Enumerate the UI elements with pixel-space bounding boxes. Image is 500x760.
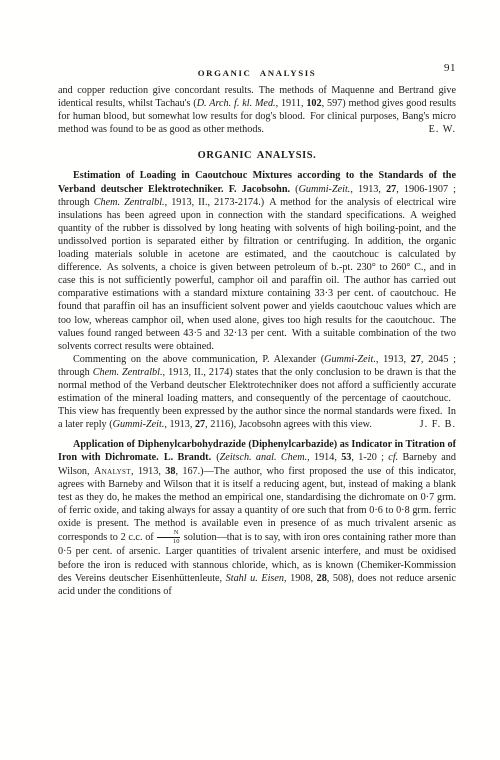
text-run: , 1913, II., 2173-2174.) A method for th…	[58, 197, 456, 352]
text-run: , 1913,	[164, 419, 195, 430]
article-2-paragraph-1: Application of Diphenylcarbohydrazide (D…	[58, 438, 456, 597]
running-head: ORGANIC ANALYSIS	[198, 68, 317, 78]
continuation-paragraph: and copper reduction give concordant res…	[58, 84, 456, 136]
article-1-paragraph-2: Commenting on the above communication, P…	[58, 353, 456, 432]
italic-run: D. Arch. f. kl. Med.	[197, 98, 276, 109]
bold-run: 27	[386, 184, 396, 195]
author-initials: E. W.	[429, 123, 456, 136]
page-number: 91	[444, 62, 456, 74]
bold-run: 53	[341, 452, 351, 463]
bold-run: 28	[317, 573, 327, 584]
italic-run: cf.	[388, 452, 398, 463]
italic-run: Stahl u. Eisen	[226, 573, 284, 584]
text-run: , 1913,	[376, 354, 411, 365]
text-run: (	[211, 452, 220, 463]
text-run: , 1913,	[131, 466, 165, 477]
author-initials: J. F. B.	[405, 418, 456, 431]
italic-run: Chem. Zentralbl.	[94, 197, 165, 208]
text-run: , 1911,	[276, 98, 307, 109]
text-run: Commenting on the above communication, P…	[73, 354, 324, 365]
normality-fraction: N10	[157, 530, 180, 545]
bold-run: 102	[306, 98, 321, 109]
text-run: , 1908,	[284, 573, 317, 584]
text-run: , 2116), Jacobsohn agrees with this view…	[205, 419, 372, 430]
text-block: ORGANIC ANALYSIS 91 and copper reduction…	[58, 63, 456, 598]
text-run: (	[290, 184, 299, 195]
smallcaps-run: Analyst	[94, 466, 131, 477]
bold-run: 27	[411, 354, 421, 365]
text-run: , 1914,	[307, 452, 341, 463]
page-header: ORGANIC ANALYSIS 91	[58, 63, 456, 76]
italic-run: Gummi-Zeit.	[113, 419, 165, 430]
section-heading: ORGANIC ANALYSIS.	[58, 149, 456, 162]
text-run: , 1-20 ;	[351, 452, 388, 463]
journal-page: ORGANIC ANALYSIS 91 and copper reduction…	[0, 0, 500, 760]
italic-run: Gummi-Zeit.	[324, 354, 376, 365]
article-1-paragraph-1: Estimation of Loading in Caoutchouc Mixt…	[58, 169, 456, 352]
text-run: , 1913,	[350, 184, 386, 195]
italic-run: Chem. Zentralbl.	[93, 367, 163, 378]
italic-run: Zeitsch. anal. Chem.	[220, 452, 308, 463]
bold-run: 27	[195, 419, 205, 430]
bold-run: 38	[165, 466, 175, 477]
italic-run: Gummi-Zeit.	[299, 184, 351, 195]
